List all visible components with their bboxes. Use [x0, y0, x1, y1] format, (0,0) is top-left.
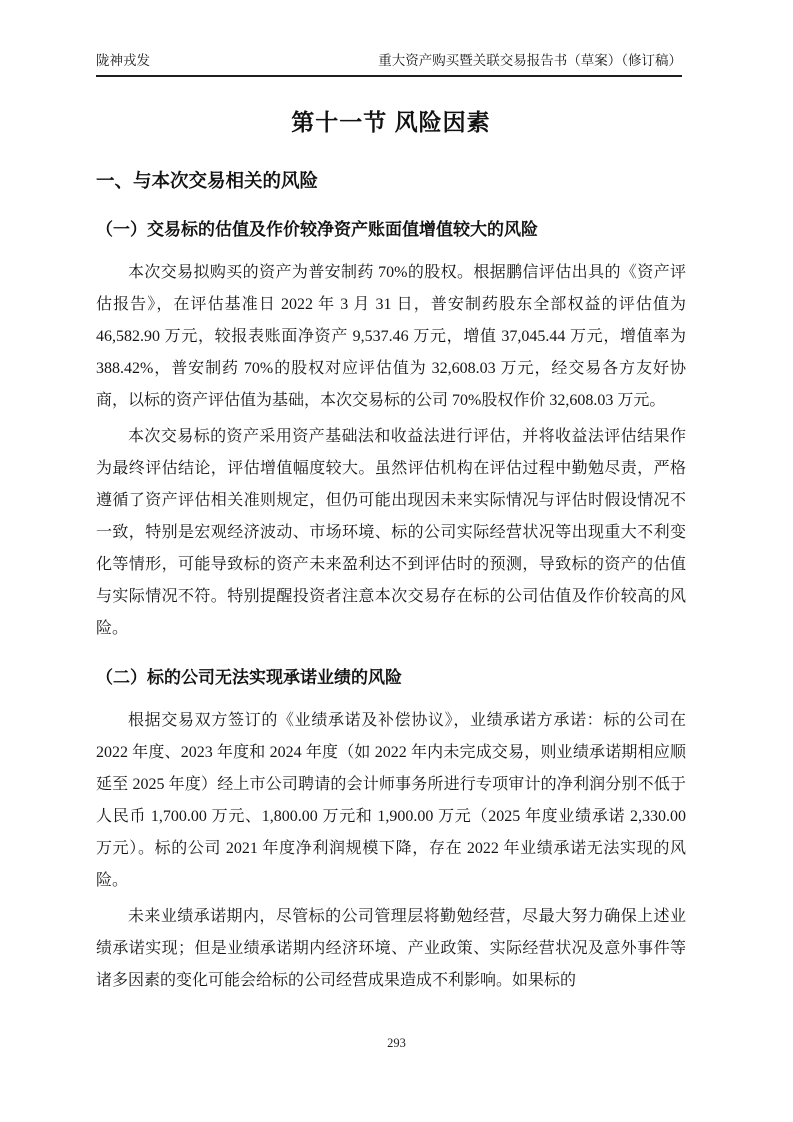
subsection-1-paragraph-1: 本次交易拟购买的资产为普安制药 70%的股权。根据鹏信评估出具的《资产评估报告》… — [96, 257, 686, 417]
subsection-1-paragraph-2: 本次交易标的资产采用资产基础法和收益法进行评估，并将收益法评估结果作为最终评估结… — [96, 421, 686, 645]
page-number: 293 — [0, 1036, 793, 1051]
section-heading-transaction-risks: 一、与本次交易相关的风险 — [96, 168, 686, 193]
page-content: 第十一节 风险因素 一、与本次交易相关的风险 （一）交易标的估值及作价较净资产账… — [96, 78, 686, 1001]
subsection-1-heading-valuation-premium-risk: （一）交易标的估值及作价较净资产账面值增值较大的风险 — [96, 219, 686, 241]
subsection-2-heading-performance-commitment-risk: （二）标的公司无法实现承诺业绩的风险 — [96, 667, 686, 689]
document-page: 陇神戎发 重大资产购买暨关联交易报告书（草案）（修订稿） 第十一节 风险因素 一… — [0, 0, 793, 1122]
header-company-name: 陇神戎发 — [96, 52, 150, 70]
page-header: 陇神戎发 重大资产购买暨关联交易报告书（草案）（修订稿） — [96, 52, 682, 77]
subsection-2-paragraph-1: 根据交易双方签订的《业绩承诺及补偿协议》，业绩承诺方承诺：标的公司在 2022 … — [96, 705, 686, 897]
chapter-title: 第十一节 风险因素 — [96, 106, 686, 138]
subsection-2-paragraph-2: 未来业绩承诺期内，尽管标的公司管理层将勤勉经营，尽最大努力确保上述业绩承诺实现；… — [96, 901, 686, 997]
header-report-title: 重大资产购买暨关联交易报告书（草案）（修订稿） — [378, 52, 682, 70]
